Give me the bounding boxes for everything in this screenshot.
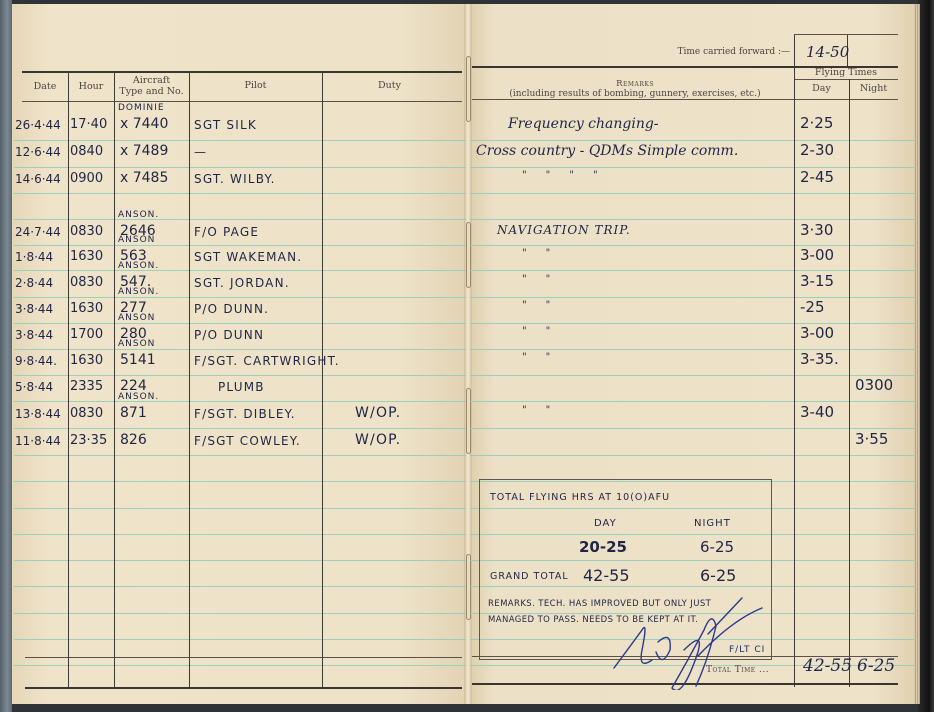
entry-date: 13·8·44	[15, 408, 61, 420]
entry-pilot: SGT. JORDAN.	[194, 277, 290, 289]
ruled-line	[14, 586, 466, 587]
ruled-line	[14, 349, 466, 350]
entry-date: 9·8·44.	[15, 355, 57, 367]
entry-remarks: " "	[522, 353, 550, 363]
entry-date: 1·8·44	[15, 251, 53, 263]
col-divider-pilot	[322, 72, 323, 687]
entry-aircraft-no: 5141	[120, 353, 156, 367]
entry-hour: 1630	[70, 302, 103, 315]
footer-rule	[25, 657, 462, 658]
entry-day-time: -25	[800, 300, 825, 315]
col-divider-day	[849, 79, 850, 687]
total-time-day: 42-55	[803, 658, 852, 675]
entry-remarks: " "	[522, 301, 550, 311]
flying-times-header: Flying Times	[794, 67, 898, 79]
entry-pilot: SGT WAKEMAN.	[194, 251, 302, 263]
ruled-line	[14, 245, 466, 246]
entry-date: 3·8·44	[15, 303, 53, 315]
page-stack-edge	[914, 4, 920, 704]
ruled-line	[14, 428, 466, 429]
entry-aircraft-no: x 7440	[120, 117, 168, 131]
entry-hour: 1630	[70, 250, 103, 263]
ruled-line	[14, 375, 466, 376]
ruled-line	[14, 665, 466, 666]
summary-afu-day: 20-25	[579, 540, 627, 555]
entry-aircraft-type: ANSON	[118, 314, 155, 323]
col-header-day: Day	[794, 83, 849, 95]
ruled-line	[14, 481, 466, 482]
ruled-line	[14, 167, 466, 168]
total-time-night: 6-25	[857, 658, 895, 675]
entry-day-time: 3-35.	[800, 352, 839, 367]
entry-hour: 23·35	[70, 434, 107, 447]
time-carried-forward-label: Time carried forward :—	[640, 46, 790, 58]
entry-day-time: 3-00	[800, 326, 834, 341]
ruled-line	[14, 508, 466, 509]
entry-date: 12·6·44	[15, 146, 61, 158]
entry-pilot: F/SGT. CARTWRIGHT.	[194, 355, 340, 367]
entry-duty: W/OP.	[355, 406, 401, 420]
entry-hour: 1700	[70, 328, 103, 341]
entry-hour: 0830	[70, 225, 103, 238]
bottom-rule	[25, 687, 462, 689]
summary-day-label: DAY	[594, 519, 617, 529]
entry-hour: 0900	[70, 172, 103, 185]
ruled-line	[14, 323, 466, 324]
entry-date: 11·8·44	[15, 435, 61, 447]
col-divider-remarks	[794, 66, 795, 687]
header-bottom-rule	[22, 101, 462, 102]
entry-pilot: F/O PAGE	[194, 226, 259, 238]
ruled-line	[14, 455, 466, 456]
binding-stitch	[466, 56, 471, 122]
entry-aircraft-type: ANSON.	[118, 393, 159, 402]
entry-date: 5·8·44	[15, 381, 53, 393]
col-divider-aircraft	[189, 72, 190, 687]
cover-edge-left	[0, 0, 12, 712]
entry-pilot: F/SGT. DIBLEY.	[194, 408, 296, 420]
binding-stitch	[466, 388, 471, 454]
entry-hour: 0830	[70, 407, 103, 420]
entry-pilot: SGT SILK	[194, 119, 257, 131]
ruled-line	[14, 297, 466, 298]
entry-day-time: 3·30	[800, 223, 833, 238]
entry-aircraft-no: 871	[120, 406, 147, 420]
ruled-line	[14, 560, 466, 561]
entry-aircraft-type: ANSON	[118, 236, 155, 245]
entry-day-time: 3-00	[800, 248, 834, 263]
entry-pilot: P/O DUNN.	[194, 303, 269, 315]
col-header-hour: Hour	[68, 81, 114, 93]
entry-remarks: " "	[522, 327, 550, 337]
entry-aircraft-no: 224	[120, 379, 147, 393]
total-time-label: Total Time ...	[706, 664, 806, 676]
header-top-rule	[22, 71, 462, 73]
ruled-line	[14, 219, 466, 220]
entry-hour: 1630	[70, 354, 103, 367]
col-header-duty: Duty	[322, 80, 457, 92]
ruled-line	[14, 401, 466, 402]
time-carried-forward-day: 14-50	[806, 45, 849, 60]
summary-night-label: NIGHT	[694, 519, 731, 529]
entry-day-time: 2·25	[800, 116, 833, 131]
entry-day-time: 3-15	[800, 274, 834, 289]
entry-hour: 0840	[70, 145, 103, 158]
entry-aircraft-no: x 7489	[120, 144, 168, 158]
entry-aircraft-type: ANSON	[118, 340, 155, 349]
ruled-line	[14, 613, 466, 614]
entry-remarks: Cross country - QDMs Simple comm.	[476, 144, 738, 158]
entry-remarks: NAVIGATION TRIP.	[497, 224, 631, 236]
entry-day-time: 3-40	[800, 405, 834, 420]
entry-night-time: 0300	[855, 378, 893, 393]
col-divider-date	[68, 72, 69, 687]
entry-pilot: PLUMB	[218, 381, 265, 393]
entry-pilot: P/O DUNN	[194, 329, 264, 341]
entry-aircraft-type: ANSON.	[118, 262, 159, 271]
remarks-subheader: (including results of bombing, gunnery, …	[480, 88, 790, 100]
col-header-date: Date	[22, 81, 68, 93]
entry-night-time: 3·55	[855, 432, 888, 447]
ruled-line	[14, 193, 466, 194]
entry-hour: 2335	[70, 380, 103, 393]
summary-title: TOTAL FLYING HRS AT 10(O)AFU	[490, 493, 670, 503]
entry-date: 26·4·44	[15, 119, 61, 131]
entry-hour: 0830	[70, 276, 103, 289]
entry-hour: 17·40	[70, 118, 107, 131]
entry-aircraft-no: 826	[120, 433, 147, 447]
flying-times-subrule	[794, 79, 898, 80]
entry-day-time: 2-45	[800, 170, 834, 185]
entry-aircraft-no: x 7485	[120, 171, 168, 185]
cover-edge-right	[918, 0, 934, 712]
entry-remarks: " " " "	[522, 171, 598, 181]
entry-pilot: SGT. WILBY.	[194, 173, 276, 185]
binding-stitch	[466, 554, 471, 620]
grand-total-label: GRAND TOTAL	[490, 572, 569, 582]
col-header-aircraft-line2: Type and No.	[114, 86, 189, 98]
entry-date: 24·7·44	[15, 226, 61, 238]
binding-stitch	[466, 222, 471, 288]
entry-duty: W/OP.	[355, 433, 401, 447]
col-divider-hour	[114, 72, 115, 687]
entry-remarks: " "	[522, 249, 550, 259]
ruled-line	[14, 270, 466, 271]
grand-total-night: 6-25	[700, 568, 736, 584]
col-header-pilot: Pilot	[189, 80, 322, 92]
entry-pilot: —	[194, 146, 207, 158]
grand-total-day: 42-55	[583, 568, 630, 584]
entry-date: 2·8·44	[15, 277, 53, 289]
col-header-night: Night	[849, 83, 898, 95]
carried-forward-top-rule	[794, 34, 898, 35]
carried-forward-divider	[794, 34, 795, 68]
entry-remarks: Frequency changing-	[508, 117, 659, 131]
ruled-line	[14, 140, 466, 141]
logbook-spread: Date Hour Aircraft Type and No. Pilot Du…	[0, 0, 934, 712]
entry-pilot: F/SGT COWLEY.	[194, 435, 301, 447]
entry-date: 3·8·44	[15, 329, 53, 341]
entry-remarks: " "	[522, 406, 550, 416]
entry-aircraft-type: DOMINIE	[118, 104, 165, 113]
ruled-line	[14, 534, 466, 535]
entry-remarks: " "	[522, 275, 550, 285]
entry-day-time: 2-30	[800, 143, 834, 158]
entry-aircraft-type: ANSON.	[118, 211, 159, 220]
entry-aircraft-type: ANSON.	[118, 288, 159, 297]
ruled-line	[14, 639, 466, 640]
entry-date: 14·6·44	[15, 173, 61, 185]
summary-afu-night: 6-25	[700, 540, 734, 555]
